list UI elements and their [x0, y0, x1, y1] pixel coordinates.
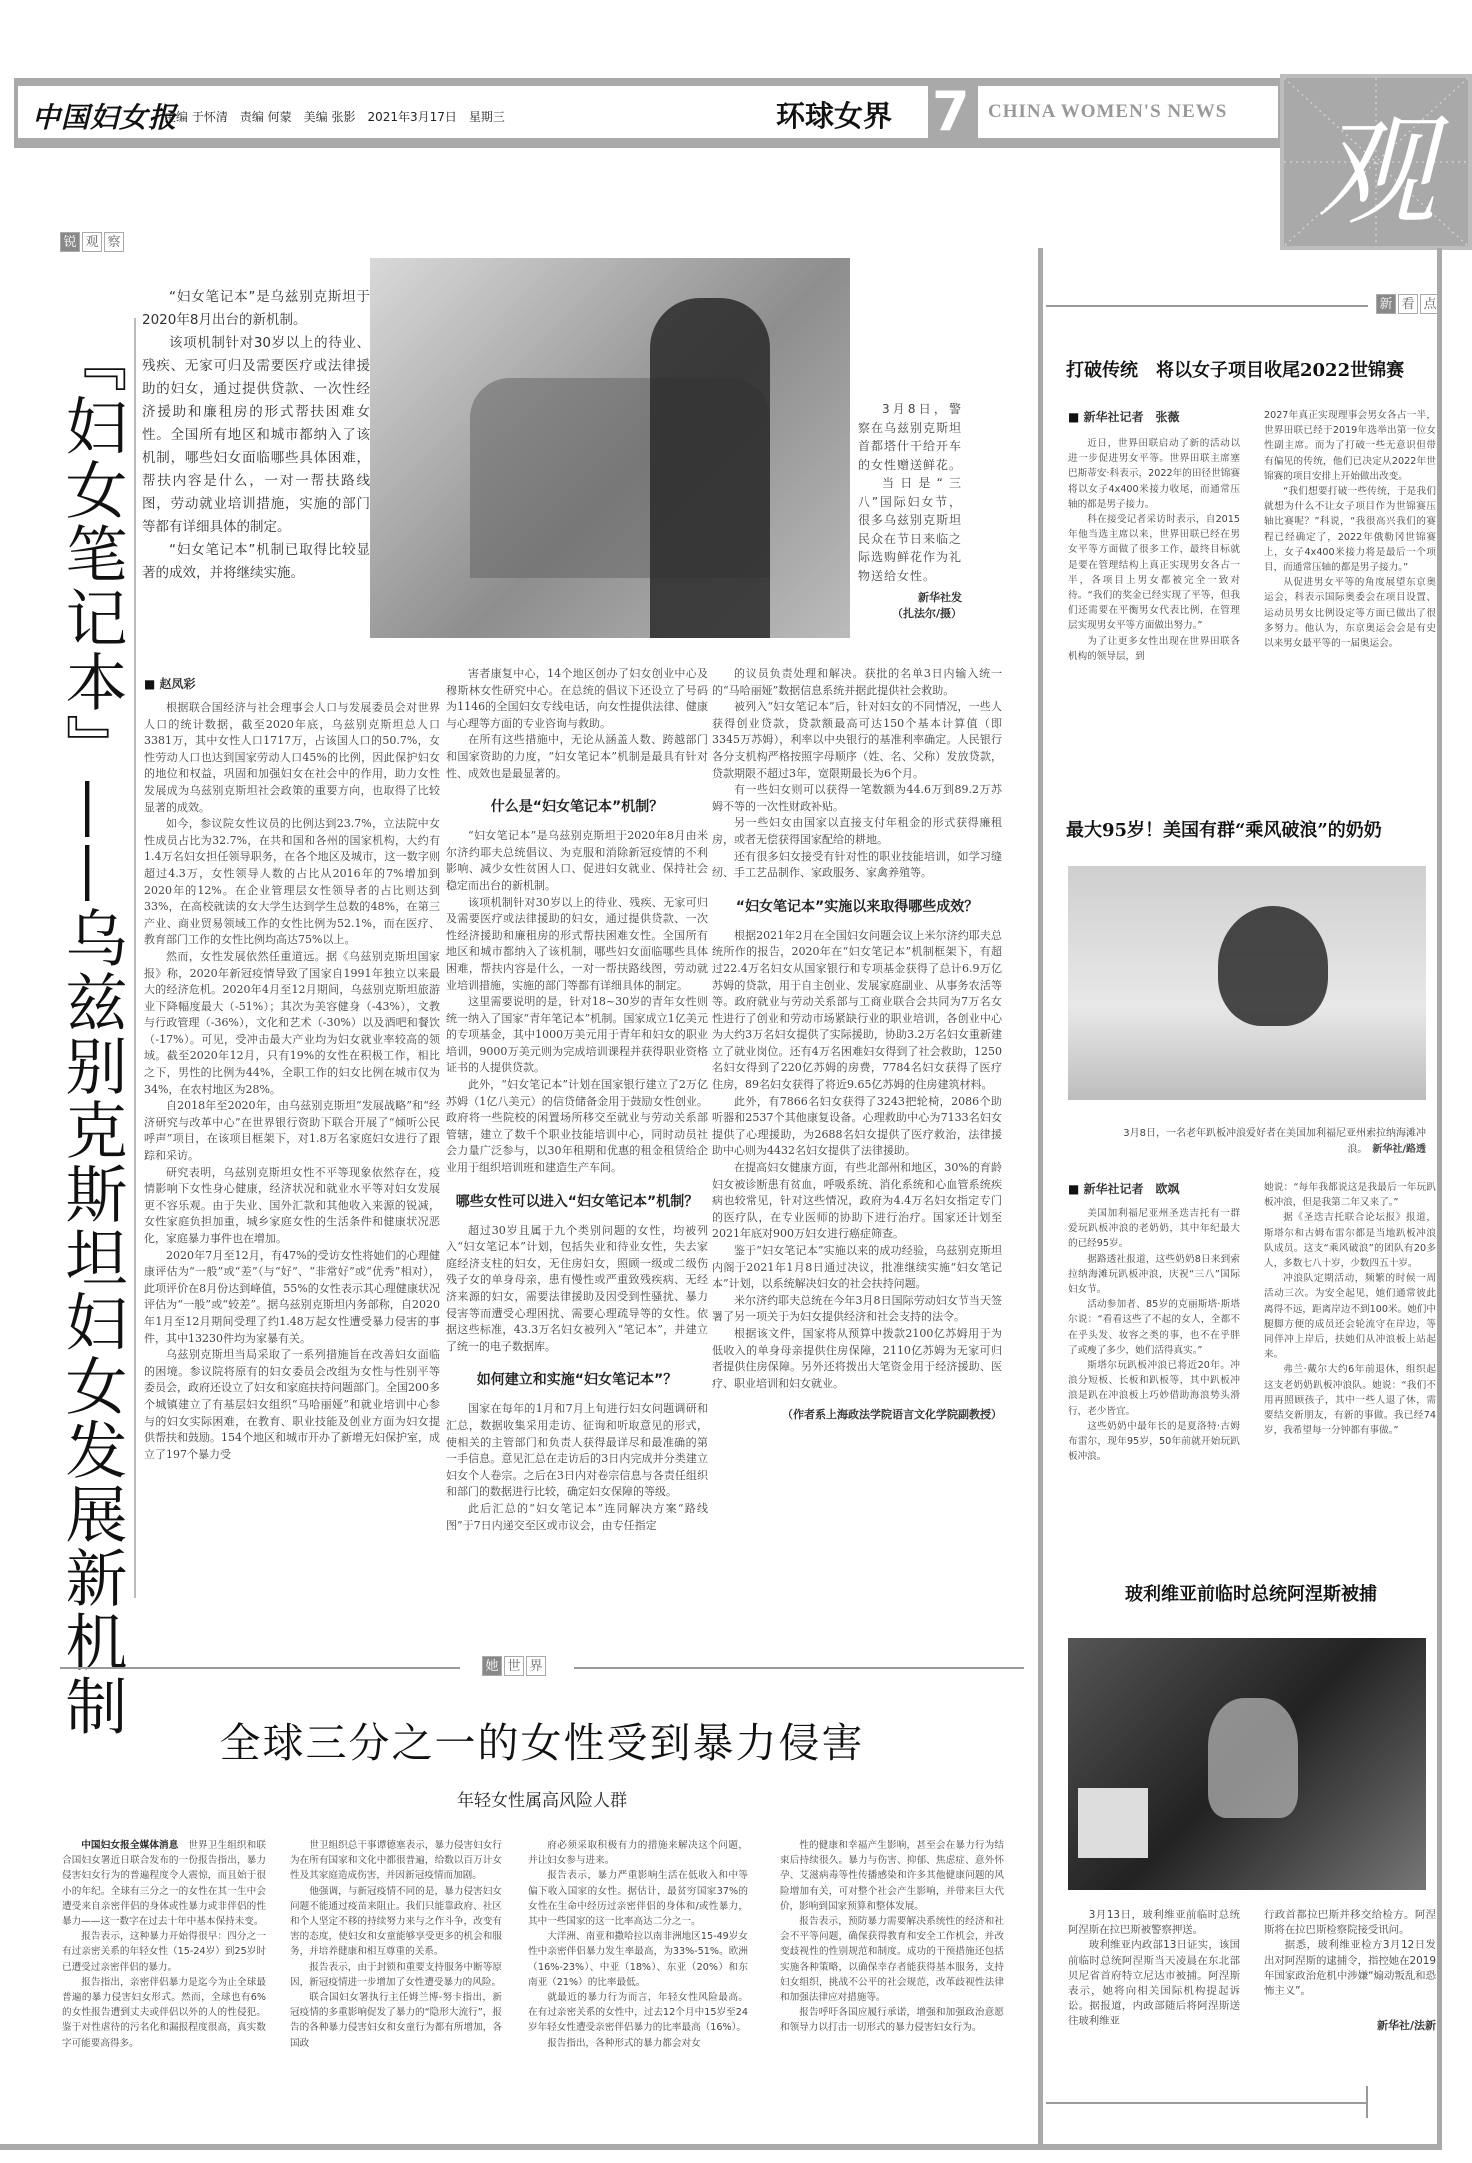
feature-vertical-title: 『妇女笔记本』——乌兹别克斯坦妇女发展新机制: [54, 330, 128, 1560]
corner-character: 观: [1284, 78, 1468, 246]
corner-character-box: 观: [1280, 74, 1472, 250]
newspaper-logo: 中国妇女报: [32, 96, 177, 136]
feature-column-1: 根据联合国经济与社会理事会人口与发展委员会对世界人口的统计数据，截至2020年底…: [144, 700, 440, 1660]
subhead-who: 哪些女性可以进入“妇女笔记本”机制？: [446, 1191, 708, 1211]
world-column-2: 世卫组织总干事谭德塞表示，暴力侵害妇女行为在所有国家和文化中都很普遍，给数以百万…: [290, 1838, 502, 2128]
story2-column-2: 她说：“每年我都说这是我最后一年玩趴板冲浪，但是我第二年又来了。” 据《圣迭吉托…: [1264, 1180, 1436, 1540]
bottom-rule-right: [1038, 2144, 1442, 2150]
story3-column-2: 行政首都拉巴斯并移交给检方。阿涅斯将在拉巴斯检察院接受讯问。 据悉，玻利维亚检方…: [1264, 1908, 1436, 2098]
page-number: 7: [932, 80, 970, 143]
lead-label: 中国妇女报全媒体消息: [81, 1840, 178, 1851]
subhead-how: 如何建立和实施“妇女笔记本”？: [446, 1369, 708, 1389]
photo-caption: 3月8日，警察在乌兹别克斯坦首都塔什干给开车的女性赠送鲜花。 当日是“三八”国际…: [858, 400, 962, 640]
world-divider-right: [574, 1667, 1024, 1669]
english-title-box: CHINA WOMEN'S NEWS: [978, 86, 1278, 138]
police-officer-shape: [650, 298, 770, 638]
world-subhead: 年轻女性属高风险人群: [60, 1786, 1024, 1811]
masthead-left: 中国妇女报 主编 于怀清 责编 何蒙 美编 张影 2021年3月17日 星期三: [18, 86, 770, 138]
story3-column-1: 3月13日，玻利维亚前临时总统阿涅斯在拉巴斯被警察押送。 玻利维亚内政部13日证…: [1068, 1908, 1240, 2098]
bottom-rule-left: [0, 2144, 1038, 2150]
story2-headline: 最大95岁！美国有群“乘风破浪”的奶奶: [1066, 816, 1436, 842]
section-tag-observation: 锐 观 察: [60, 232, 124, 252]
story3-bottom-rule: [1046, 2102, 1366, 2104]
story1-headline: 打破传统 将以女子项目收尾2022世锦赛: [1066, 356, 1436, 382]
world-column-4: 性的健康和幸福产生影响，甚至会在暴力行为结束后持续很久。暴力与伤害、抑郁、焦虑症…: [780, 1838, 1004, 2128]
feature-intro: “妇女笔记本”是乌兹别克斯坦于2020年8月出台的新机制。 该项机制针对30岁以…: [142, 286, 370, 642]
section-name-box: 环球女界: [760, 86, 928, 138]
surfing-photo: [1068, 866, 1426, 1100]
editor-credits-date: 主编 于怀清 责编 何蒙 美编 张影 2021年3月17日 星期三: [164, 108, 505, 125]
world-divider-left: [60, 1667, 460, 1669]
story1-byline: 新华社记者 张薇: [1068, 408, 1180, 425]
person-shape: [1208, 1698, 1298, 1818]
section-name: 环球女界: [776, 94, 892, 135]
world-column-1: 中国妇女报全媒体消息 世界卫生组织和联合国妇女署近日联合发布的一份报告指出，暴力…: [62, 1838, 266, 2128]
author-note: （作者系上海政法学院语言文化学院副教授）: [712, 1406, 1002, 1422]
sidebar-top-rule: [1046, 305, 1368, 307]
story2-caption: 3月8日，一名老年趴板冲浪爱好者在美国加利福尼亚州索拉纳海滩冲浪。 新华社/路透: [1110, 1126, 1426, 1158]
police-sign-shape: [1078, 1788, 1148, 1858]
world-column-3: 府必须采取积极有力的措施来解决这个问题，并让妇女参与进来。 报告表示，暴力严重影…: [528, 1838, 748, 2128]
masthead: 中国妇女报 主编 于怀清 责编 何蒙 美编 张影 2021年3月17日 星期三 …: [14, 78, 1282, 148]
feature-byline: 赵凤彩: [144, 675, 196, 692]
story3-headline: 玻利维亚前临时总统阿涅斯被捕: [1066, 1580, 1436, 1606]
police-flowers-photo: [370, 258, 850, 638]
english-title: CHINA WOMEN'S NEWS: [988, 101, 1227, 123]
title-divider: [134, 318, 136, 1598]
story2-byline: 新华社记者 欧飒: [1068, 1180, 1180, 1197]
section-tag-her-world: 她 世 界: [482, 1656, 546, 1676]
world-headline: 全球三分之一的女性受到暴力侵害: [60, 1710, 1024, 1769]
surfer-shape: [1218, 906, 1328, 1026]
subhead-what: 什么是“妇女笔记本”机制？: [446, 796, 708, 816]
arrest-photo: [1068, 1638, 1426, 1890]
subhead-results: “妇女笔记本”实施以来取得哪些成效？: [712, 896, 1002, 916]
story3-end-tick: [1366, 2086, 1368, 2118]
story2-column-1: 美国加利福尼亚州圣迭吉托有一群爱玩趴板冲浪的老奶奶，其中年纪最大的已经95岁。 …: [1068, 1206, 1240, 1540]
story1-column-2: 2027年真正实现理事会男女各占一半，世界田联已经于2019年选举出第一位女性副…: [1264, 408, 1436, 768]
section-tag-new-look: 新 看 点: [1376, 294, 1440, 314]
story1-column-1: 近日，世界田联启动了新的活动以进一步促进男女平等。世界田联主席塞巴斯蒂安·科表示…: [1068, 436, 1240, 766]
feature-column-3: 的议员负责处理和解决。获批的名单3日内输入统一的“马哈丽娅”数据信息系统并据此提…: [712, 666, 1002, 1660]
feature-column-2: 害者康复中心，14个地区创办了妇女创业中心及穆斯林女性研究中心。在总统的倡议下还…: [446, 666, 708, 1660]
